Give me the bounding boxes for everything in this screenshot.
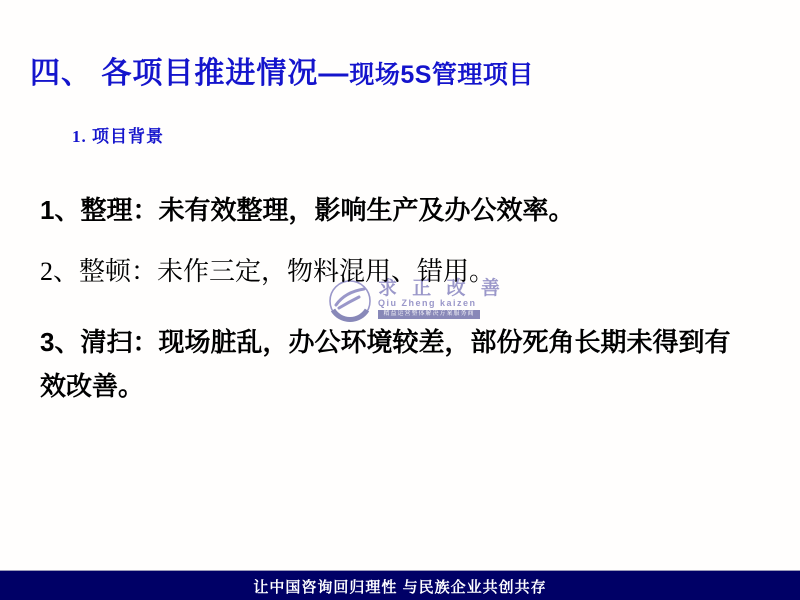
slide-title-suffix: 现场5S管理项目 — [349, 61, 534, 89]
body-point-3: 3、清扫：现场脏乱，办公环境较差，部份死角长期未得到有效改善。 — [40, 320, 752, 408]
body-point-2: 2、整顿：未作三定，物料混用、错用。 — [40, 251, 495, 288]
slide-title: 四、 各项目推进情况—现场5S管理项目 — [30, 57, 534, 90]
footer-slogan: 让中国咨询回归理性 与民族企业共创共存 — [253, 576, 546, 597]
watermark-tagline: 精益运营整体解决方案服务商 — [378, 310, 480, 319]
footer-bar: 让中国咨询回归理性 与民族企业共创共存 — [0, 570, 800, 600]
watermark-brand-pinyin: Qiu Zheng kaizen — [378, 299, 505, 308]
body-point-1: 1、整理：未有效整理，影响生产及办公效率。 — [40, 190, 574, 227]
section-heading: 1. 项目背景 — [72, 122, 164, 147]
slide-title-main: 四、 各项目推进情况— — [30, 57, 349, 90]
presentation-slide: 四、 各项目推进情况—现场5S管理项目 1. 项目背景 求 正 改 善 Qiu … — [0, 0, 800, 600]
